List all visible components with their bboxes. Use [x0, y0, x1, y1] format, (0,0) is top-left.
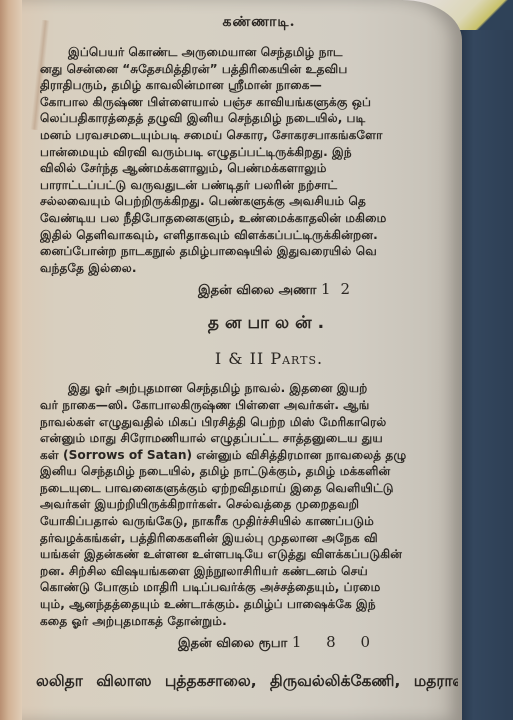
- book2-title: தனபாலன்.: [80, 313, 458, 335]
- text-line: அவர்கள் இயற்றியிருக்கிறார்கள். செல்வத்தை…: [40, 496, 458, 513]
- book-page: கண்ணாடி. இப்பெயர் கொண்ட அருமையான செந்தமி…: [0, 0, 462, 720]
- text-line: கதை ஓர் அற்புதமாகத் தோன்றும்.: [40, 613, 458, 630]
- text-line: யங்கள் இதன்கண் உள்ளன உள்ளபடியே எடுத்து வ…: [40, 546, 458, 563]
- parts-word: Parts.: [270, 349, 323, 368]
- text-line: இதில் தெளிவாகவும், எளிதாகவும் விளக்கப்பட…: [40, 227, 458, 244]
- price-label: இதன் விலை ரூபா: [178, 636, 287, 651]
- parts-prefix: I & II: [215, 349, 270, 368]
- text-line: திராதிபரும், தமிழ் காவலின்மான ஸ்ரீமான் ந…: [40, 77, 458, 94]
- text-line: யோகிப்பதால் வருங்கேடு, நாகரீக முதிர்ச்சி…: [40, 513, 458, 530]
- book1-description: இப்பெயர் கொண்ட அருமையான செந்தமிழ் நாட னத…: [40, 44, 458, 276]
- text-line: யும், ஆனந்தத்தையும் உண்டாக்கும். தமிழ்ப்…: [40, 596, 458, 613]
- publisher-imprint: லலிதா விலாஸ புத்தகசாலை, திருவல்லிக்கேணி,…: [36, 672, 458, 692]
- text-line: னது சென்னை “சுதேசமித்திரன்” பத்திரிகையின…: [40, 61, 458, 78]
- text-line: என்னும் மாது சிரோமணியால் எழுதப்பட்ட சாத்…: [40, 430, 458, 447]
- text-line: நடையுடை பாவனைகளுக்கும் ஏற்றவிதமாய் இதை வ…: [40, 480, 458, 497]
- text-line: இப்பெயர் கொண்ட அருமையான செந்தமிழ் நாட: [40, 44, 458, 61]
- text-line: கள் (Sorrows of Satan) என்னும் விசித்திர…: [40, 447, 458, 464]
- price-value: 12: [321, 280, 360, 298]
- text-line: வந்ததே இல்லை.: [40, 260, 458, 277]
- text-line: விலில் சேர்ந்த ஆண்மக்களாலும், பெண்மக்களா…: [40, 160, 458, 177]
- text-line: இனிய செந்தமிழ் நடையில், தமிழ் நாட்டுக்கு…: [40, 463, 458, 480]
- text-line: நாவல்கள் எழுதுவதில் மிகப் பிரசித்தி பெற்…: [40, 414, 458, 431]
- text-line: மனம் பரவசமடையும்படி சமைய் செகார, சோகரசபா…: [40, 127, 458, 144]
- text-line: பான்மையும் விரவி வரும்படி எழுதப்பட்டிருக…: [40, 144, 458, 161]
- text-line: பாராட்டப்பட்டு வருவதுடன் பண்டிதர் பலரின்…: [40, 177, 458, 194]
- text-line: கொண்டு போகும் மாதிரி படிப்பவர்க்கு அச்சத…: [40, 579, 458, 596]
- price-label: இதன் விலை அணா: [198, 283, 316, 298]
- book2-price: இதன் விலை ரூபா 1 8 0: [100, 633, 458, 652]
- price-value: 1 8 0: [292, 633, 380, 651]
- page-stack-edge: [0, 0, 22, 720]
- book1-price: இதன் விலை அணா 12: [100, 280, 458, 299]
- text-line: வர் நாகை—ஸி. கோபாலகிருஷ்ண பிள்ளை அவர்கள்…: [40, 397, 458, 414]
- text-line: றன. சிற்சில விஷயங்களை இந்நூலாசிரியர் கண்…: [40, 563, 458, 580]
- page-content: கண்ணாடி. இப்பெயர் கொண்ட அருமையான செந்தமி…: [40, 14, 458, 692]
- text-line: வேண்டிய பல நீதிபோதனைகளும், உண்மைக்காதலின…: [40, 210, 458, 227]
- text-line: கோபால கிருஷ்ண பிள்ளையால் பஞ்ச காவியங்களு…: [40, 94, 458, 111]
- text-line: னைப்போன்ற நாடகநூல் தமிழ்பாஷையில் இதுவரைய…: [40, 243, 458, 260]
- text-line: சல்லவையும் பெற்றிருக்கிறது. பெண்களுக்கு …: [40, 193, 458, 210]
- text-line: லெப்பதிகாரத்தைத் தழுவி இனிய செந்தமிழ் நட…: [40, 110, 458, 127]
- text-line: தர்வழக்கங்கள், பத்திரிகைகளின் இயல்பு முத…: [40, 530, 458, 547]
- book2-parts: I & II Parts.: [80, 349, 458, 368]
- running-head: கண்ணாடி.: [60, 14, 458, 32]
- text-line: இது ஓர் அற்புதமான செந்தமிழ் நாவல். இதனை …: [40, 380, 458, 397]
- book2-description: இது ஓர் அற்புதமான செந்தமிழ் நாவல். இதனை …: [40, 380, 458, 629]
